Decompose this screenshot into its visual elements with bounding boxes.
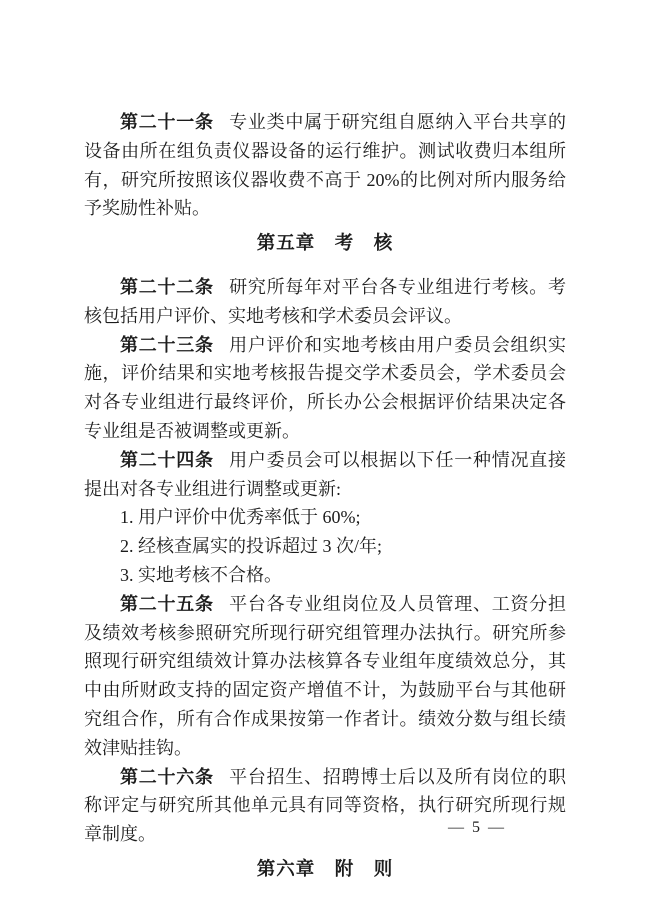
article-25-paragraph: 第二十五条平台各专业组岗位及人员管理、工资分担及绩效考核参照研究所现行研究组管理… xyxy=(84,590,566,763)
article-23-number: 第二十三条 xyxy=(120,335,214,355)
page-number: — 5 — xyxy=(448,814,506,843)
chapter-5-heading: 第五章 考 核 xyxy=(84,230,566,259)
list-item: 1. 用户评价中优秀率低于 60%; xyxy=(84,503,566,532)
article-24-conditions-list: 1. 用户评价中优秀率低于 60%; 2. 经核查属实的投诉超过 3 次/年; … xyxy=(84,503,566,589)
article-23-paragraph: 第二十三条用户评价和实地考核由用户委员会组织实施，评价结果和实地考核报告提交学术… xyxy=(84,331,566,446)
list-item: 2. 经核查属实的投诉超过 3 次/年; xyxy=(84,532,566,561)
article-26-number: 第二十六条 xyxy=(120,767,214,787)
article-22-paragraph: 第二十二条研究所每年对平台各专业组进行考核。考核包括用户评价、实地考核和学术委员… xyxy=(84,273,566,331)
article-21-number: 第二十一条 xyxy=(120,112,214,132)
document-page: 第二十一条专业类中属于研究组自愿纳入平台共享的设备由所在组负责仪器设备的运行维护… xyxy=(0,0,650,919)
chapter-6-heading: 第六章 附 则 xyxy=(84,856,566,885)
article-25-number: 第二十五条 xyxy=(120,594,214,614)
article-24-number: 第二十四条 xyxy=(120,450,214,470)
article-22-number: 第二十二条 xyxy=(120,277,214,297)
article-21-paragraph: 第二十一条专业类中属于研究组自愿纳入平台共享的设备由所在组负责仪器设备的运行维护… xyxy=(84,108,566,223)
article-24-paragraph: 第二十四条用户委员会可以根据以下任一种情况直接提出对各专业组进行调整或更新: xyxy=(84,446,566,504)
article-25-text: 平台各专业组岗位及人员管理、工资分担及绩效考核参照研究所现行研究组管理办法执行。… xyxy=(84,594,566,758)
list-item: 3. 实地考核不合格。 xyxy=(84,561,566,590)
